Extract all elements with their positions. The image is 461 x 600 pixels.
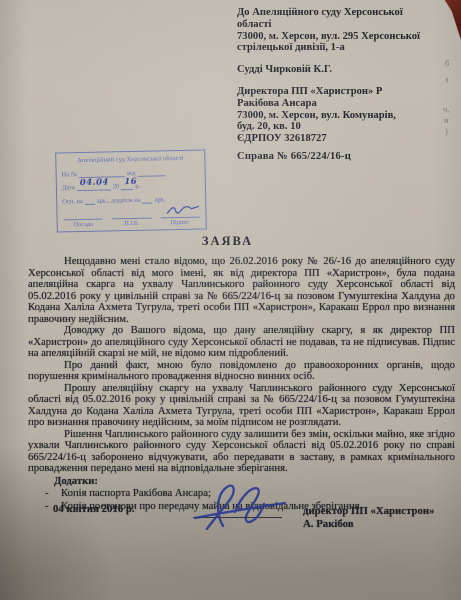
document-photo: До Апеляційного суду Херсонської області… (0, 0, 461, 600)
signer-title: директор ПП «Харистрон» (303, 505, 435, 518)
stamp-date-line: 04.04 (77, 182, 111, 191)
bleed-fragment: ) (445, 126, 448, 136)
bleed-fragment: з (445, 74, 448, 84)
recipient-line: 73000, м. Херсон, вул. 295 Херсонської (237, 31, 455, 43)
signer-name: А. Ракібов (303, 518, 435, 531)
spacer (237, 54, 455, 64)
applicant-line: Ракібова Ансара (237, 98, 455, 110)
applicant-line: Директора ПП «Харистрон» Р (237, 86, 455, 98)
stamp-date-row: Дата 04.04 20 16 р. (62, 181, 200, 192)
stamp-blank-line (79, 169, 125, 178)
paragraph-1: Нещодавно мені стало відомо, що 26.02.20… (28, 256, 455, 325)
bleed-fragment: б (445, 58, 449, 68)
bleed-fragment: и (444, 115, 449, 125)
stamp-year-line: 16 (121, 182, 133, 190)
director-signature (183, 482, 295, 530)
signer-block: директор ПП «Харистрон» А. Ракібов (303, 505, 435, 531)
stamp-blank-line (85, 196, 95, 204)
court-intake-stamp: Апеляційний суд Херсонської області На №… (55, 149, 207, 232)
paper-sheet: До Апеляційного суду Херсонської області… (0, 0, 461, 600)
paragraph-4: Прошу апеляційну скаргу на ухвалу Чаплин… (28, 383, 455, 429)
paragraph-2: Доводжу до Вашого відома, що дану апеляц… (28, 325, 455, 360)
list-dash: - (45, 501, 49, 513)
document-date: 04 квітня 2016 р. (53, 503, 135, 515)
paragraph-5: Рішення Чаплинського районного суду зали… (28, 429, 455, 475)
header-address-block: До Апеляційного суду Херсонської області… (237, 7, 455, 163)
stamp-name-label: П.І.Б. (112, 218, 152, 228)
paragraph-3: Про даний факт, мною було повідомлено до… (28, 360, 455, 383)
stamp-footer-labels: Посада П.І.Б. Підпис (64, 217, 200, 229)
applicant-line: ЄДРПОУ 32618727 (237, 133, 455, 145)
stamp-blank-line (137, 168, 165, 177)
stamp-date-label: Дата (62, 184, 75, 191)
spacer (237, 76, 455, 86)
stamp-year-printed: 20 (113, 183, 120, 190)
recipient-line: До Апеляційного суду Херсонської (237, 7, 455, 19)
stamp-position-label: Посада (64, 219, 104, 229)
judge-line: Судді Чирковій К.Г. (237, 64, 455, 76)
stamp-signature-label: Підпис (160, 217, 200, 227)
stamp-clerk-signature (165, 203, 199, 217)
stamp-blank-line (142, 195, 152, 203)
applicant-line: 73000, м. Херсон, вул. Комунарів, (237, 110, 455, 122)
bleed-fragment: ч, (443, 104, 449, 114)
stamp-from-label: від (127, 169, 135, 176)
recipient-line: області (237, 19, 455, 31)
case-number: Справа № 665/224/16-ц (237, 151, 455, 163)
handwritten-date: 04.04 (80, 177, 109, 188)
applicant-line: буд. 20, кв. 10 (237, 121, 455, 133)
stamp-sheets-label1: Осн. на (62, 198, 83, 205)
stamp-sheets-label3: арк. (155, 196, 166, 203)
document-title: ЗАЯВА (0, 234, 455, 249)
document-body: Нещодавно мені стало відомо, що 26.02.20… (28, 256, 455, 512)
stamp-incoming-label: На № (62, 171, 78, 178)
list-dash: - (45, 488, 49, 500)
stamp-court-name: Апеляційний суд Херсонської області (61, 155, 199, 165)
stamp-sheets-label2: арк., додаток на (97, 196, 141, 204)
handwritten-year: 16 (124, 177, 137, 187)
recipient-line: стрілецької дивізії, 1-а (237, 42, 455, 54)
